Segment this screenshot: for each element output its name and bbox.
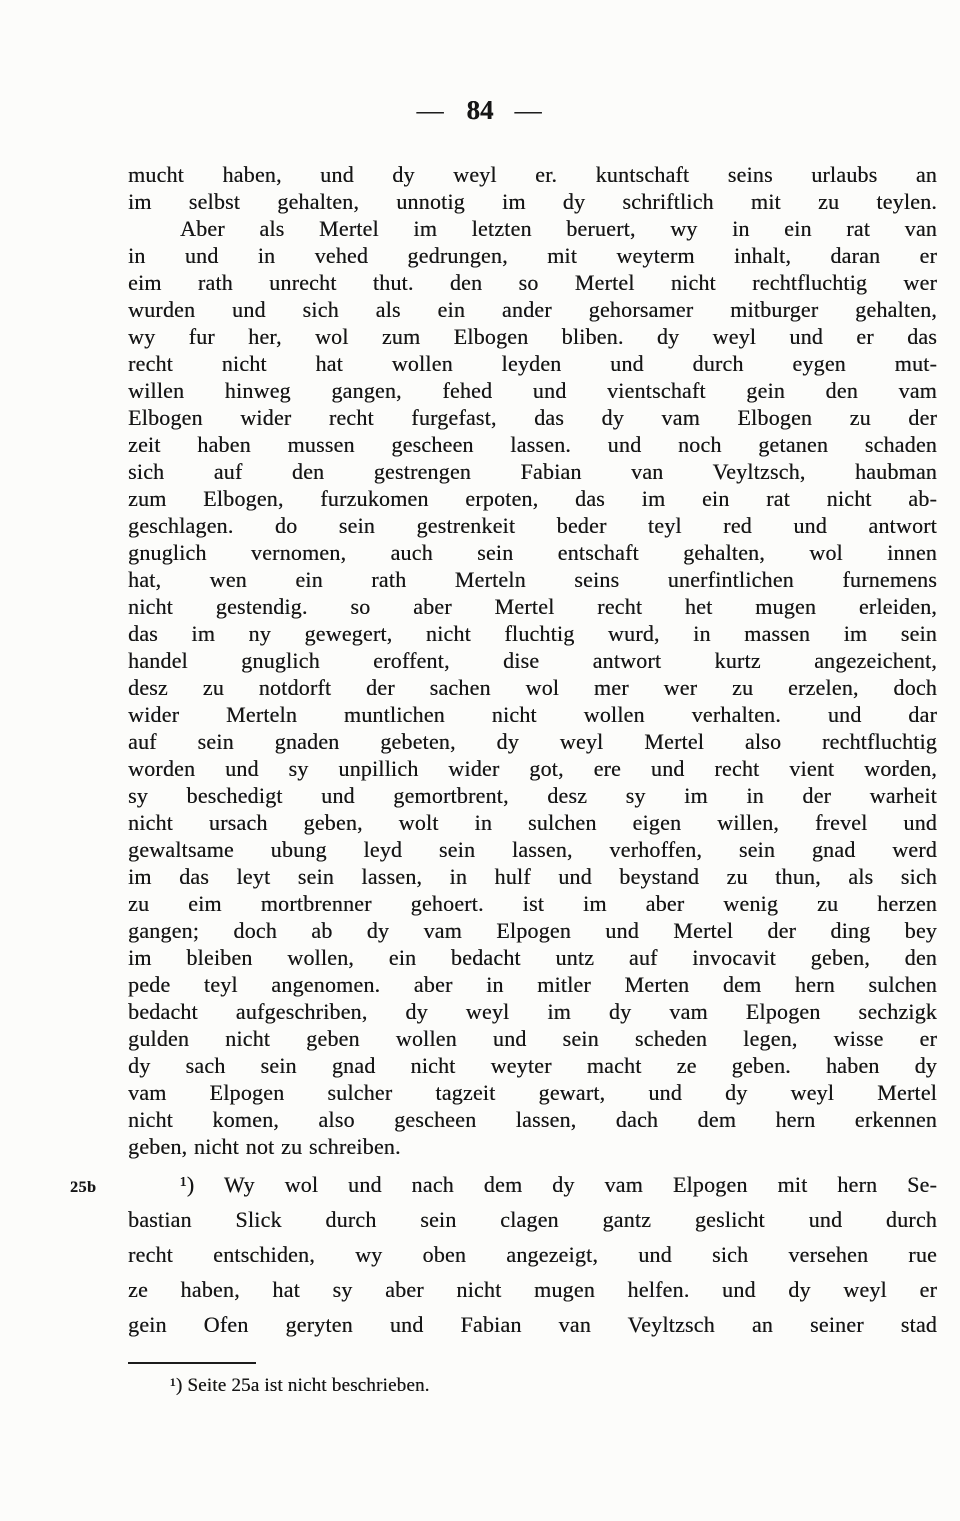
text-line: Aber als Mertel im letzten beruert, wy i… xyxy=(128,215,937,242)
text-line: geben, nicht not zu schreiben. xyxy=(128,1133,937,1160)
text-line: hat, wen ein rath Merteln seins unerfint… xyxy=(128,566,937,593)
text-line: zeit haben mussen gescheen lassen. und n… xyxy=(128,431,937,458)
footnote-text: ¹) Seite 25a ist nicht beschrieben. xyxy=(128,1374,937,1398)
margin-note-folio: 25b xyxy=(70,1179,96,1197)
paragraph: mucht haben, und dy weyl er. kuntschaft … xyxy=(128,161,937,215)
text-line: gangen; doch ab dy vam Elpogen und Merte… xyxy=(128,917,937,944)
text-line: nicht gestendig. so aber Mertel recht he… xyxy=(128,593,937,620)
text-line: ze haben, hat sy aber nicht mugen helfen… xyxy=(128,1272,937,1307)
text-line: gulden nicht geben wollen und sein sched… xyxy=(128,1025,937,1052)
text-line: vam Elpogen sulcher tagzeit gewart, und … xyxy=(128,1079,937,1106)
text-line: nicht komen, also gescheen lassen, dach … xyxy=(128,1106,937,1133)
text-line: worden und sy unpillich wider got, ere u… xyxy=(128,755,937,782)
text-line: desz zu notdorft der sachen wol mer wer … xyxy=(128,674,937,701)
page-number: 84 xyxy=(467,95,494,126)
text-line: zu eim mortbrenner gehoert. ist im aber … xyxy=(128,890,937,917)
text-line: willen hinweg gangen, fehed und vientsch… xyxy=(128,377,937,404)
text-line: wy fur her, wol zum Elbogen bliben. dy w… xyxy=(128,323,937,350)
text-block: mucht haben, und dy weyl er. kuntschaft … xyxy=(128,161,937,1398)
text-line: ¹) Wy wol und nach dem dy vam Elpogen mi… xyxy=(128,1167,937,1202)
text-line: recht entschiden, wy oben angezeigt, und… xyxy=(128,1237,937,1272)
text-line: mucht haben, und dy weyl er. kuntschaft … xyxy=(128,161,937,188)
text-line: recht nicht hat wollen leyden und durch … xyxy=(128,350,937,377)
text-line: Elbogen wider recht furgefast, das dy va… xyxy=(128,404,937,431)
text-line: auf sein gnaden gebeten, dy weyl Mertel … xyxy=(128,728,937,755)
text-line: wider Merteln muntlichen nicht wollen ve… xyxy=(128,701,937,728)
text-line: wurden und sich als ein ander gehorsamer… xyxy=(128,296,937,323)
text-line: dy sach sein gnad nicht weyter macht ze … xyxy=(128,1052,937,1079)
paragraph: Aber als Mertel im letzten beruert, wy i… xyxy=(128,215,937,1160)
text-line: geschlagen. do sein gestrenkeit beder te… xyxy=(128,512,937,539)
text-line: sich auf den gestrengen Fabian van Veylt… xyxy=(128,458,937,485)
text-line: bastian Slick durch sein clagen gantz ge… xyxy=(128,1202,937,1237)
header-dash-left: — xyxy=(417,95,446,126)
text-line: gewaltsame ubung leyd sein lassen, verho… xyxy=(128,836,937,863)
footnote-separator xyxy=(128,1362,256,1364)
text-line: gein Ofen geryten und Fabian van Veyltzs… xyxy=(128,1307,937,1342)
paragraph: ¹) Wy wol und nach dem dy vam Elpogen mi… xyxy=(128,1167,937,1342)
page-header: — 84 — xyxy=(0,92,960,128)
text-line: in und in vehed gedrungen, mit weyterm i… xyxy=(128,242,937,269)
text-line: pede teyl angenomen. aber in mitler Mert… xyxy=(128,971,937,998)
text-line: im bleiben wollen, ein bedacht untz auf … xyxy=(128,944,937,971)
text-line: nicht ursach geben, wolt in sulchen eige… xyxy=(128,809,937,836)
text-line: handel gnuglich eroffent, dise antwort k… xyxy=(128,647,937,674)
text-line: im selbst gehalten, unnotig im dy schrif… xyxy=(128,188,937,215)
text-line: das im ny gewegert, nicht fluchtig wurd,… xyxy=(128,620,937,647)
text-line: im das leyt sein lassen, in hulf und bey… xyxy=(128,863,937,890)
text-line: sy beschedigt und gemortbrent, desz sy i… xyxy=(128,782,937,809)
text-line: zum Elbogen, furzukomen erpoten, das im … xyxy=(128,485,937,512)
text-line: gnuglich vernomen, auch sein entschaft g… xyxy=(128,539,937,566)
text-line: eim rath unrecht thut. den so Mertel nic… xyxy=(128,269,937,296)
text-line: bedacht aufgeschriben, dy weyl im dy vam… xyxy=(128,998,937,1025)
header-dash-right: — xyxy=(515,95,544,126)
book-page: — 84 — 25b mucht haben, und dy weyl er. … xyxy=(0,0,960,1521)
